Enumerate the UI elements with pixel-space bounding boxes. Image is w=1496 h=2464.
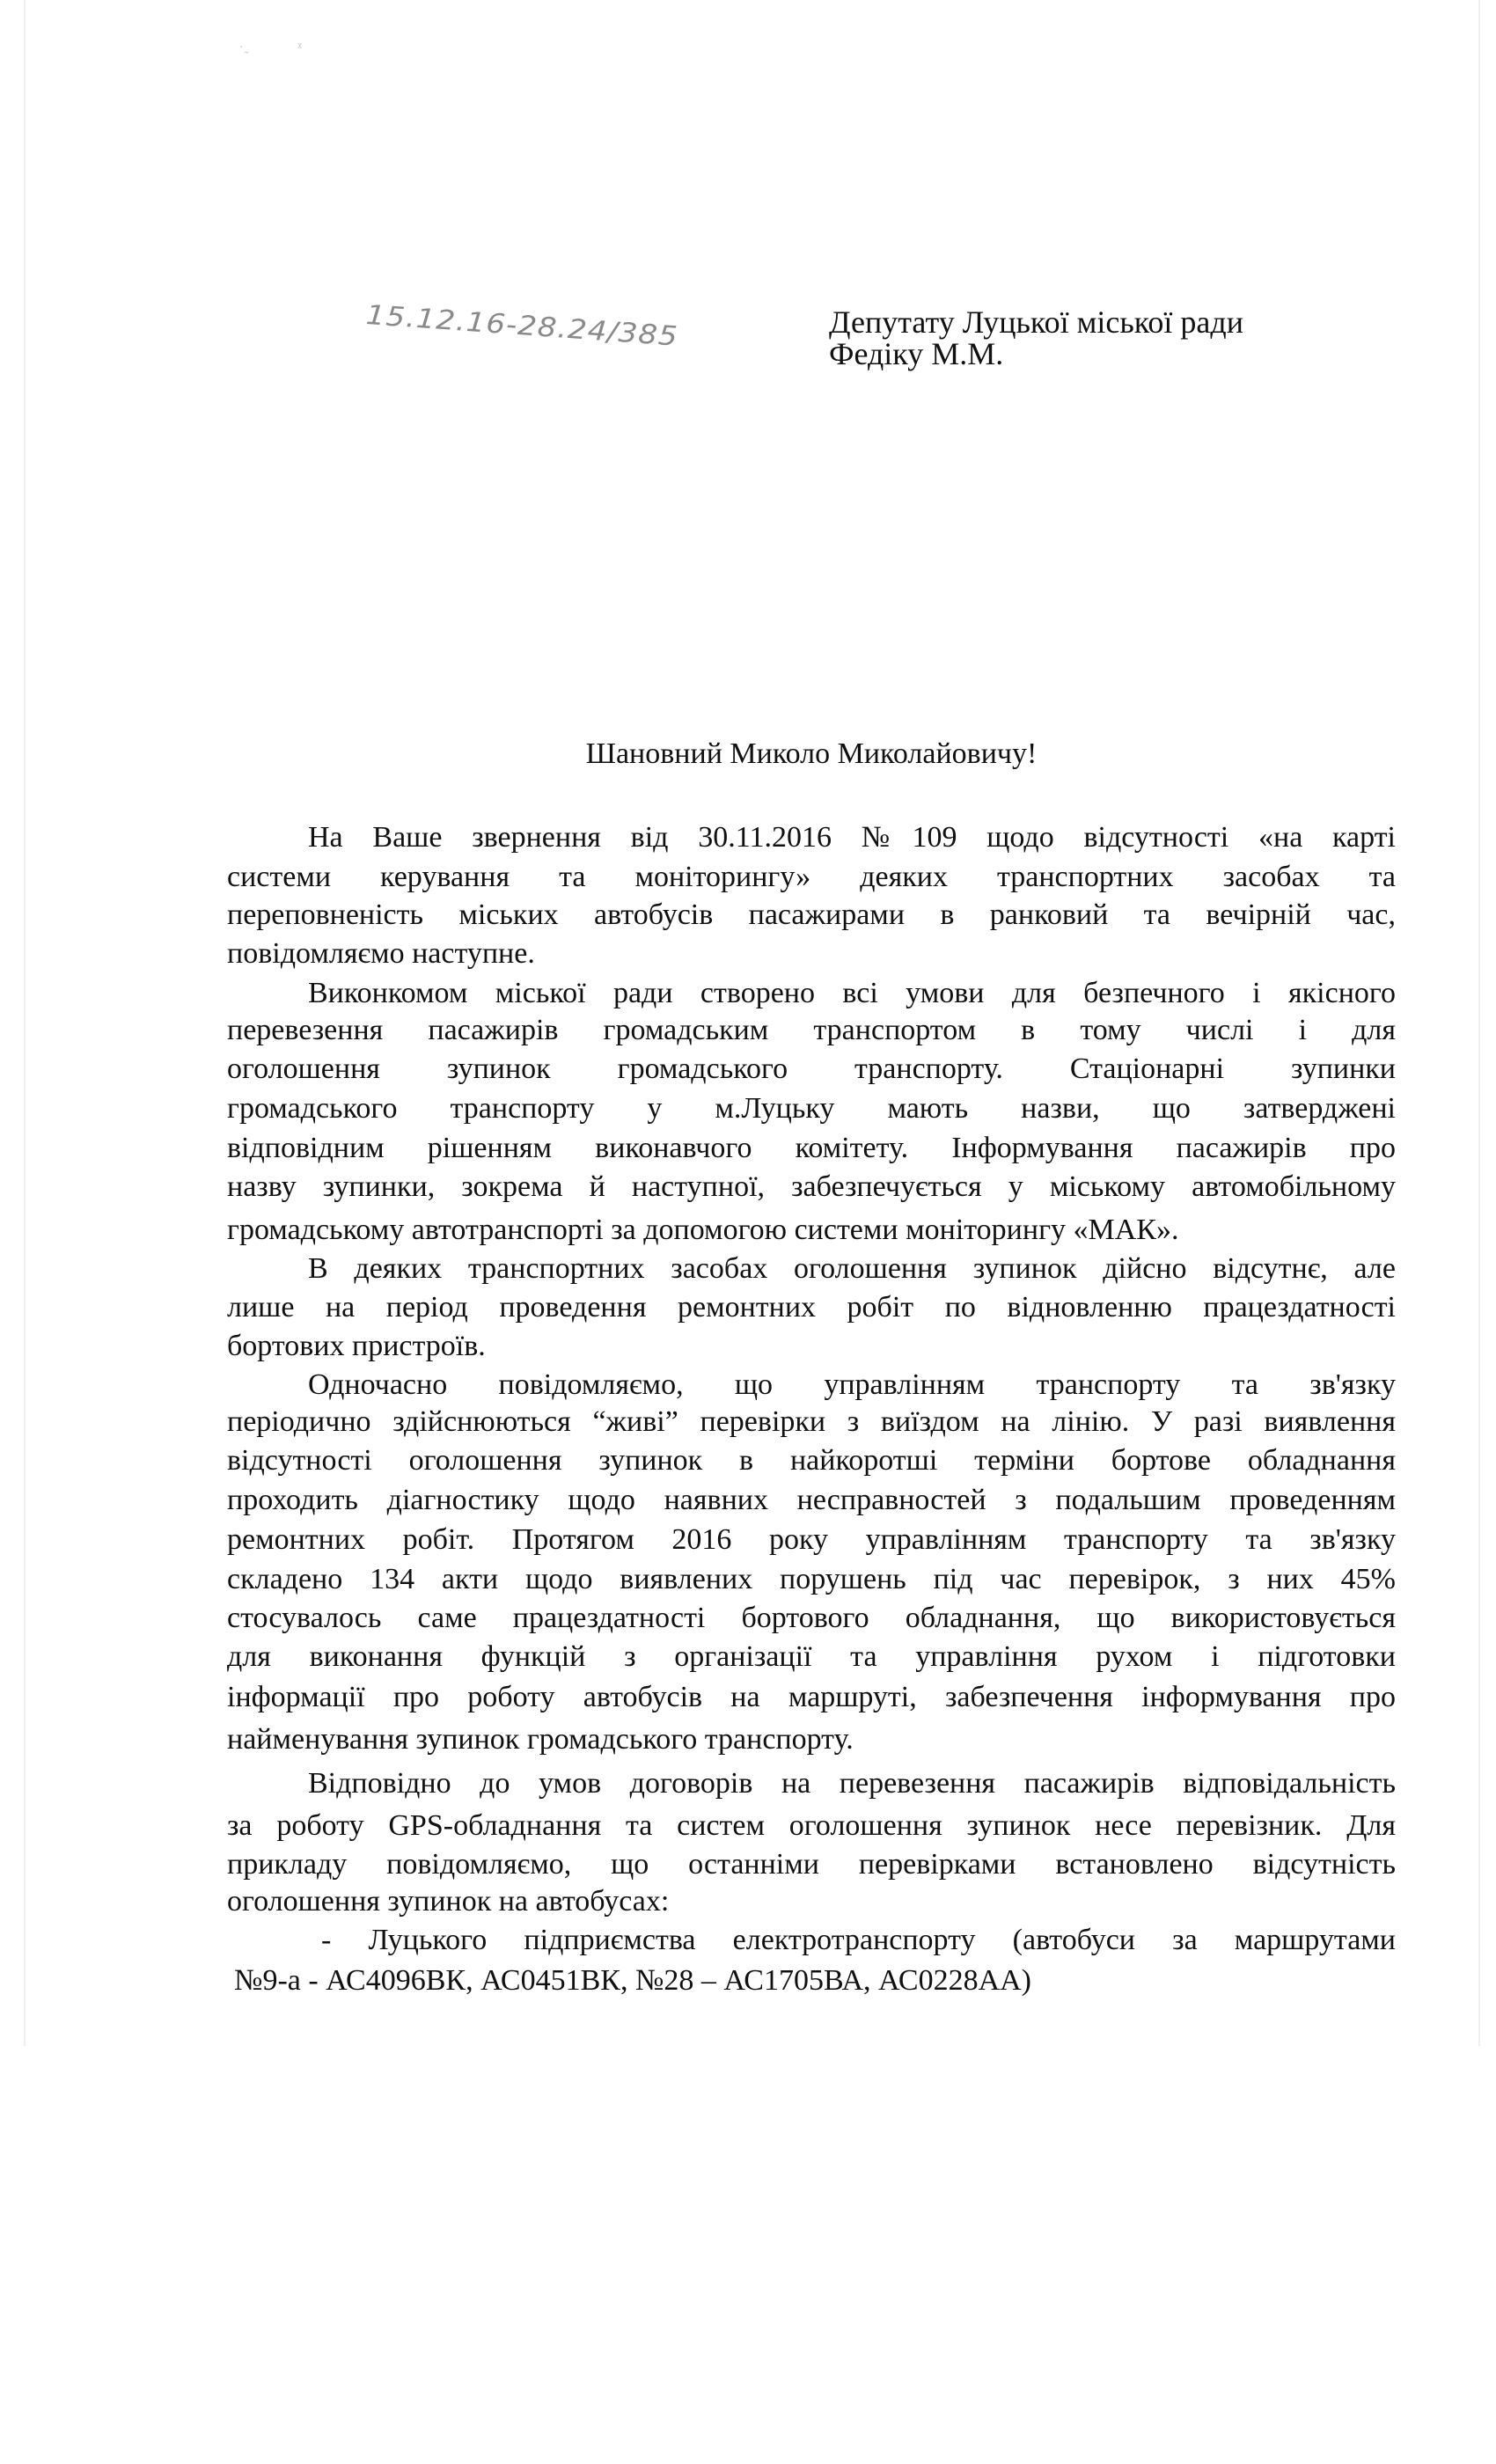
registration-stamp-handwritten: 15.12.16-28.24/385 bbox=[365, 299, 679, 353]
body-line: В деяких транспортних засобах оголошення… bbox=[308, 1254, 1396, 1284]
body-line: перевезення пасажирів громадським трансп… bbox=[227, 1016, 1396, 1045]
body-line: стосувалось саме працездатності бортовог… bbox=[227, 1603, 1396, 1633]
letter-page: ·˷ ᵡ 15.12.16-28.24/385 Депутату Луцької… bbox=[0, 0, 1496, 2464]
body-line: інформації про роботу автобусів на маршр… bbox=[227, 1683, 1396, 1712]
body-line: лише на період проведення ремонтних робі… bbox=[227, 1293, 1396, 1323]
addressee-line-1: Депутату Луцької міської ради bbox=[829, 306, 1243, 338]
body-line: громадському автотранспорті за допомогою… bbox=[227, 1215, 1178, 1245]
bullet-item-line: - Луцького підприємства електротранспорт… bbox=[321, 1925, 1396, 1955]
scan-speck: ·˷ bbox=[239, 40, 249, 55]
body-line: оголошення зупинок громадського транспор… bbox=[227, 1054, 1396, 1084]
body-line: назву зупинки, зокрема й наступної, забе… bbox=[227, 1172, 1396, 1202]
body-line: Відповідно до умов договорів на перевезе… bbox=[308, 1769, 1396, 1799]
scan-edge-left bbox=[24, 0, 26, 2046]
body-line: ремонтних робіт. Протягом 2016 року упра… bbox=[227, 1525, 1396, 1555]
body-line: громадського транспорту у м.Луцьку мають… bbox=[227, 1094, 1396, 1124]
body-line: для виконання функцій з організації та у… bbox=[227, 1642, 1396, 1672]
body-line: за роботу GPS-обладнання та систем оголо… bbox=[227, 1811, 1396, 1841]
body-line: повідомляємо наступне. bbox=[227, 939, 535, 969]
body-line: Виконкомом міської ради створено всі умо… bbox=[308, 979, 1396, 1008]
body-line: На Ваше звернення від 30.11.2016 №109 що… bbox=[308, 823, 1396, 853]
body-line: оголошення зупинок на автобусах: bbox=[227, 1887, 669, 1917]
body-line: проходить діагностику щодо наявних неспр… bbox=[227, 1485, 1396, 1515]
body-line: системи керування та моніторингу» деяких… bbox=[227, 862, 1396, 892]
scan-edge-right bbox=[1478, 0, 1480, 2046]
body-line: відповідним рішенням виконавчого комітет… bbox=[227, 1133, 1396, 1163]
body-line: переповненість міських автобусів пасажир… bbox=[227, 900, 1396, 930]
body-line: Одночасно повідомляємо, що управлінням т… bbox=[308, 1370, 1396, 1400]
addressee-line-2: Федіку М.М. bbox=[829, 338, 1003, 370]
salutation: Шановний Миколо Миколайовичу! bbox=[227, 739, 1396, 769]
body-line: періодично здійснюються “живі” перевірки… bbox=[227, 1407, 1396, 1437]
bullet-item-line: №9-а - АС4096ВК, АС0451ВК, №28 – АС1705В… bbox=[234, 1966, 1031, 1996]
body-line: відсутності оголошення зупинок в найкоро… bbox=[227, 1446, 1396, 1476]
body-line: складено 134 акти щодо виявлених порушен… bbox=[227, 1565, 1396, 1595]
body-line: бортових пристроїв. bbox=[227, 1331, 486, 1361]
body-line: прикладу повідомляємо, що останніми пере… bbox=[227, 1850, 1396, 1880]
scan-speck: ᵡ bbox=[297, 40, 302, 55]
body-line: найменування зупинок громадського трансп… bbox=[227, 1725, 854, 1755]
